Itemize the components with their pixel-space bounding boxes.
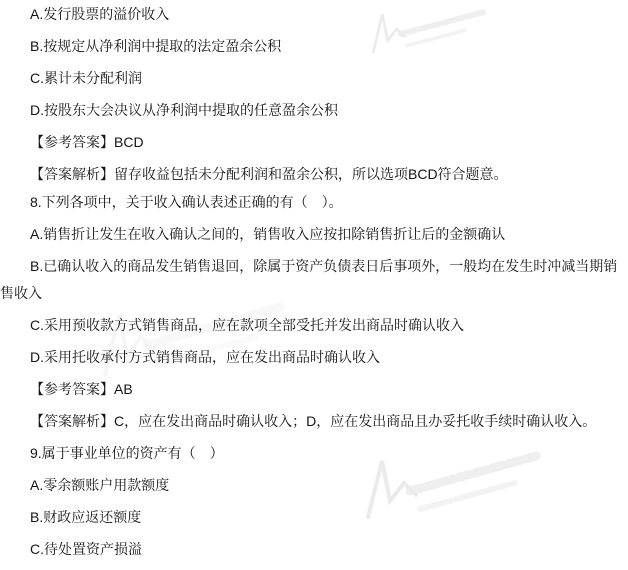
- q9-option-b: B.财政应返还额度: [0, 504, 628, 531]
- q7-answer-analysis: 【答案解析】留存收益包括未分配利润和盈余公积，所以选项BCD符合题意。: [0, 161, 628, 188]
- q9-option-c: C.待处置资产损溢: [0, 536, 628, 563]
- q8-reference-answer: 【参考答案】AB: [0, 376, 628, 403]
- q9-stem: 9.属于事业单位的资产有（ ）: [0, 440, 628, 467]
- q8-stem: 8.下列各项中，关于收入确认表述正确的有（ ）。: [0, 189, 628, 216]
- q8-option-c: C.采用预收款方式销售商品，应在款项全部受托并发出商品时确认收入: [0, 312, 628, 339]
- q7-option-a: A.发行股票的溢价收入: [0, 1, 628, 28]
- q8-option-a: A.销售折让发生在收入确认之间的，销售收入应按扣除销售折让后的金额确认: [0, 221, 628, 248]
- q8-option-b: B.已确认收入的商品发生销售退回，除属于资产负债表日后事项外，一般均在发生时冲减…: [0, 253, 628, 307]
- question-text-block: A.发行股票的溢价收入B.按规定从净利润中提取的法定盈余公积C.累计未分配利润D…: [0, 0, 628, 563]
- q7-option-d: D.按股东大会决议从净利润中提取的任意盈余公积: [0, 97, 628, 124]
- q7-option-c: C.累计未分配利润: [0, 65, 628, 92]
- q8-option-d: D.采用托收承付方式销售商品，应在发出商品时确认收入: [0, 344, 628, 371]
- q9-option-a: A.零余额账户用款额度: [0, 472, 628, 499]
- document-page: A.发行股票的溢价收入B.按规定从净利润中提取的法定盈余公积C.累计未分配利润D…: [0, 0, 628, 570]
- q8-answer-analysis: 【答案解析】C，应在发出商品时确认收入；D，应在发出商品且办妥托收手续时确认收入…: [0, 408, 628, 435]
- q7-option-b: B.按规定从净利润中提取的法定盈余公积: [0, 33, 628, 60]
- q7-reference-answer: 【参考答案】BCD: [0, 129, 628, 156]
